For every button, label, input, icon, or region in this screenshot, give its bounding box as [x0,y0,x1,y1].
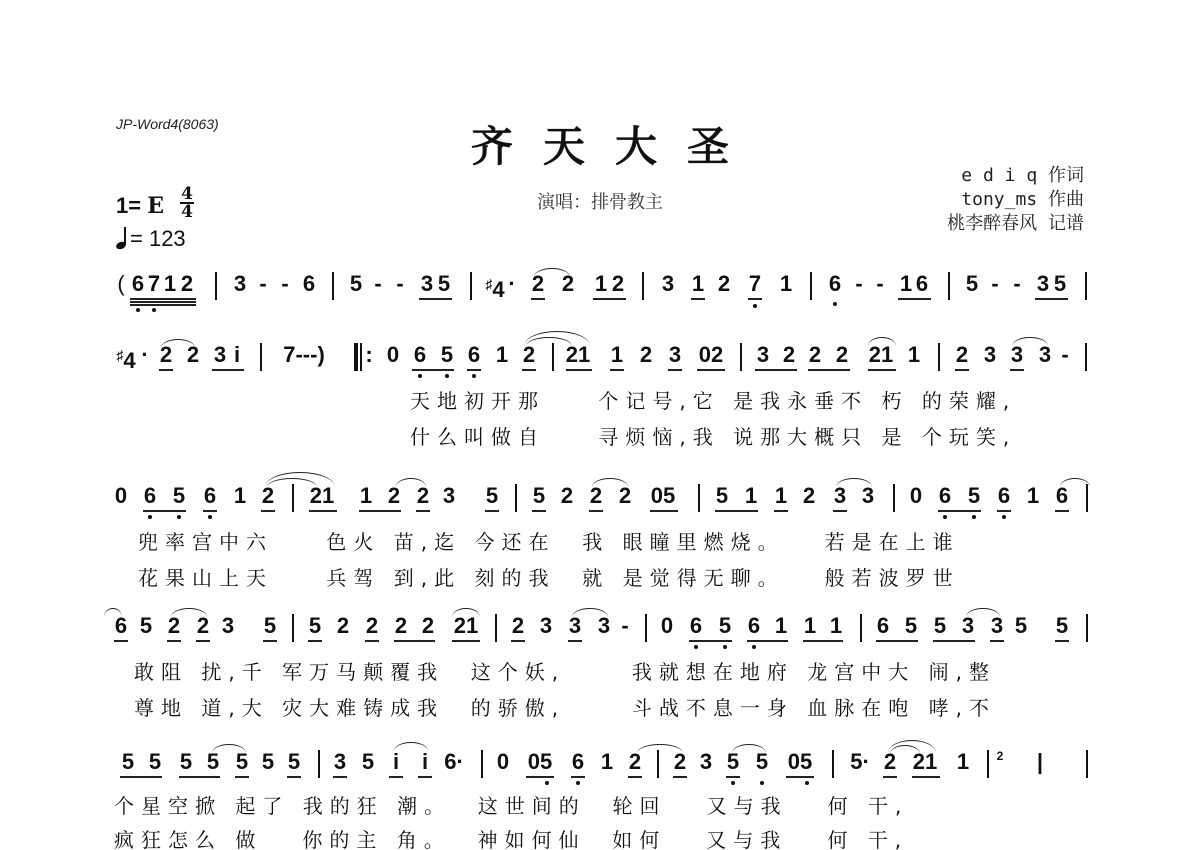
dash: - [1061,343,1068,367]
barline [893,484,895,512]
note: 6 [998,484,1010,508]
note: 5 [1015,614,1027,638]
note: 2 [619,484,631,508]
note: 0 [387,343,399,367]
note: 5 [934,614,946,638]
note: 5 [905,614,917,638]
note: 7 [148,272,160,296]
note: 5 [149,750,161,774]
note: 2 [395,614,407,638]
note: 6 [303,272,315,296]
note: 6 [690,614,702,638]
note: 5 [207,750,219,774]
note: 2 [640,343,652,367]
score-row-5: 5 5 5 5 5 5 5 3 5 i i 6· 0 05 6 1 2 2 3 … [0,750,1200,850]
note: 3 [540,614,552,638]
repeat-start-barline [354,343,358,371]
note: 1 [496,343,508,367]
note: 2 [803,484,815,508]
note: 2 [612,272,624,296]
note: 7 [749,272,761,296]
note: 2 [629,750,641,774]
barline [860,614,862,642]
note: 5 [438,272,450,296]
note: 1 [234,484,246,508]
note: 3 [669,343,681,367]
barline [481,750,483,778]
note: 3 [662,272,674,296]
note: 5 [350,272,362,296]
transcriber-credit: 桃李醉春风 记谱 [947,212,1084,236]
note: 2 [836,343,848,367]
note: 1 [1027,484,1039,508]
barline [215,272,217,300]
barline [1086,484,1088,512]
note: 0 [497,750,509,774]
note: 05 [528,750,552,774]
repeat-colon: : [365,343,372,367]
dash: - [281,272,288,296]
note: 5 [727,750,739,774]
note: 2 [674,750,686,774]
lyrics-verse-2: 疯狂怎么 做 你的主 角。 神如何仙 如何 又与我 何 干, [114,824,908,850]
note: 2 [718,272,730,296]
note: 5 [756,750,768,774]
note: 6 [748,614,760,638]
note: 1 [900,272,912,296]
note: 2 [512,614,524,638]
note: 5 [362,750,374,774]
note: 1 [830,614,842,638]
note-high: i [393,750,399,774]
note: 3 [222,614,234,638]
barline [740,343,742,371]
note: 6 [1056,484,1068,508]
note: 1 [595,272,607,296]
barline [552,343,554,371]
barline [292,484,294,512]
note: 2 [809,343,821,367]
note: 2 [590,484,602,508]
lyrics-verse-1: 个星空掀 起了 我的狂 潮。 这世间的 轮回 又与我 何 干, [114,790,908,819]
note: 1 [164,272,176,296]
note: 5 [288,750,300,774]
note: 5 [1054,272,1066,296]
note: 2 [956,343,968,367]
note: ♯4 [116,343,135,373]
note: 1 [745,484,757,508]
note: 7---) [283,343,325,367]
note: 5· [850,750,870,774]
note: 6 [572,750,584,774]
note: 5 [533,484,545,508]
key-signature: 1= E 4 4 [116,190,194,224]
note: 6 [144,484,156,508]
note: 05 [788,750,812,774]
barline [987,750,989,778]
note: 1 [775,614,787,638]
note-high: i [422,750,428,774]
note: 1 [780,272,792,296]
note: 6 [414,343,426,367]
dash: - [1013,272,1020,296]
note: 5 [309,614,321,638]
tempo-value: = 123 [130,226,186,251]
dash: - [374,272,381,296]
dash: - [621,614,628,638]
note: 1 [957,750,969,774]
note: 3 [984,343,996,367]
note: 3 [862,484,874,508]
dash: - [855,272,862,296]
note: 21 [454,614,478,638]
note: 2 [181,272,193,296]
note: 1 [601,750,613,774]
barline [332,272,334,300]
composer-credit: tony_ms 作曲 [947,188,1084,212]
grace-note: 2 [997,744,1004,768]
note: 3 [214,343,226,367]
note: 6 [132,272,144,296]
score-row-1: ( 6 7 1 2 3 - - 6 5 - - 3 5 ♯4 · 2 2 1 2… [0,272,1200,312]
note: 2 [417,484,429,508]
note: 2 [168,614,180,638]
note: 2 [337,614,349,638]
barline [470,272,472,300]
barline [948,272,950,300]
barline [810,272,812,300]
score-row-3: 0 6 5 6 1 2 21 1 2 2 3 5 5 2 2 2 05 5 1 … [0,484,1200,594]
quarter-note-icon [116,227,126,249]
note: 1 [692,272,704,296]
barline [292,614,294,642]
time-signature-bottom: 4 [181,202,193,222]
note: 21 [310,484,334,508]
barline [495,614,497,642]
open-paren: ( [117,272,124,296]
note-high: i [234,343,240,367]
note: 0 [115,484,127,508]
barline [698,484,700,512]
note: 02 [699,343,723,367]
barline [1085,343,1087,371]
note: 2 [783,343,795,367]
note: 5 [966,272,978,296]
note: 5 [441,343,453,367]
note: 1 [804,614,816,638]
lyrics-verse-1: 兜率宫中六 色火 苗,迄 今还在 我 眼瞳里燃烧。 若是在上谁 [138,526,960,555]
note: 3 [598,614,610,638]
tempo-marking: = 123 [116,226,186,252]
note: 3 [1039,343,1051,367]
note: 5 [262,750,274,774]
note: 6 [115,614,127,638]
credits-block: e d i q 作词 tony_ms 作曲 桃李醉春风 记谱 [947,164,1084,236]
note: 2 [366,614,378,638]
lyrics-verse-1: 天地初开那 个记号,它 是我永垂不 朽 的荣耀, [410,385,1016,414]
barline [1085,272,1087,300]
barline [642,272,644,300]
note: 3 [569,614,581,638]
note: 2 [561,484,573,508]
lyrics-verse-2: 花果山上天 兵驾 到,此 刻的我 就 是觉得无聊。 般若波罗世 [138,562,960,591]
note: 3 [443,484,455,508]
barline [1086,614,1088,642]
barline [515,484,517,512]
note: 3 [234,272,246,296]
note: 6 [916,272,928,296]
note: 5 [180,750,192,774]
note: 3 [991,614,1003,638]
note: 5 [1056,614,1068,638]
note: 3 [962,614,974,638]
note: 2 [262,484,274,508]
note: 5 [716,484,728,508]
note: 21 [869,343,893,367]
barline [938,343,940,371]
dash: - [876,272,883,296]
note: 3 [1011,343,1023,367]
lyrics-verse-2: 尊地 道,大 灾大难铸成我 的骄傲, 斗战不息一身 血脉在咆 哮,不 [134,692,996,721]
note: 5 [486,484,498,508]
barline [645,614,647,642]
dash: - [991,272,998,296]
note: 05 [651,484,675,508]
note: 1 [360,484,372,508]
score-row-4: 6 5 2 2 3 5 5 2 2 2 2 21 2 3 3 3 - 0 6 5… [0,614,1200,724]
note: 1 [611,343,623,367]
note: 6· [444,750,464,774]
score-row-2: ♯4 · 2 2 3 i 7---) : 0 6 5 6 1 2 21 1 2 … [0,343,1200,453]
note: 5 [122,750,134,774]
note: 2 [388,484,400,508]
note: 6 [829,272,841,296]
key-note: E [147,193,164,219]
barline [1086,750,1088,778]
note: 3 [421,272,433,296]
key-label: 1= [116,193,141,218]
note: 1 [908,343,920,367]
dash: - [396,272,403,296]
dash: - [259,272,266,296]
note: 3 [334,750,346,774]
lyrics-verse-1: 敢阻 扰,千 军万马颠覆我 这个妖, 我就想在地府 龙宫中大 闹,整 [134,656,996,685]
note: 3 [700,750,712,774]
note: 5 [173,484,185,508]
note: 2 [523,343,535,367]
dot-augment: · [141,343,148,367]
note: 5 [236,750,248,774]
note: 2 [197,614,209,638]
time-signature: 4 4 [180,186,194,220]
lyrics-verse-2: 什么叫做自 寻烦恼,我 说那大概只 是 个玩笑, [410,421,1016,450]
note: 6 [939,484,951,508]
note: 5 [719,614,731,638]
lyricist-credit: e d i q 作词 [947,164,1084,188]
barline [832,750,834,778]
note: 3 [834,484,846,508]
note: 5 [968,484,980,508]
note: 0 [661,614,673,638]
note: | [1037,750,1043,774]
note: 0 [910,484,922,508]
note: 2 [422,614,434,638]
barline [260,343,262,371]
dot-augment: · [508,272,515,296]
note: 3 [757,343,769,367]
note: 3 [1037,272,1049,296]
note: 6 [468,343,480,367]
note: 21 [566,343,590,367]
note: ♯4 [485,272,504,302]
note: 5 [264,614,276,638]
note: 1 [775,484,787,508]
barline [657,750,659,778]
note: 5 [140,614,152,638]
barline [318,750,320,778]
note: 6 [204,484,216,508]
note: 6 [877,614,889,638]
